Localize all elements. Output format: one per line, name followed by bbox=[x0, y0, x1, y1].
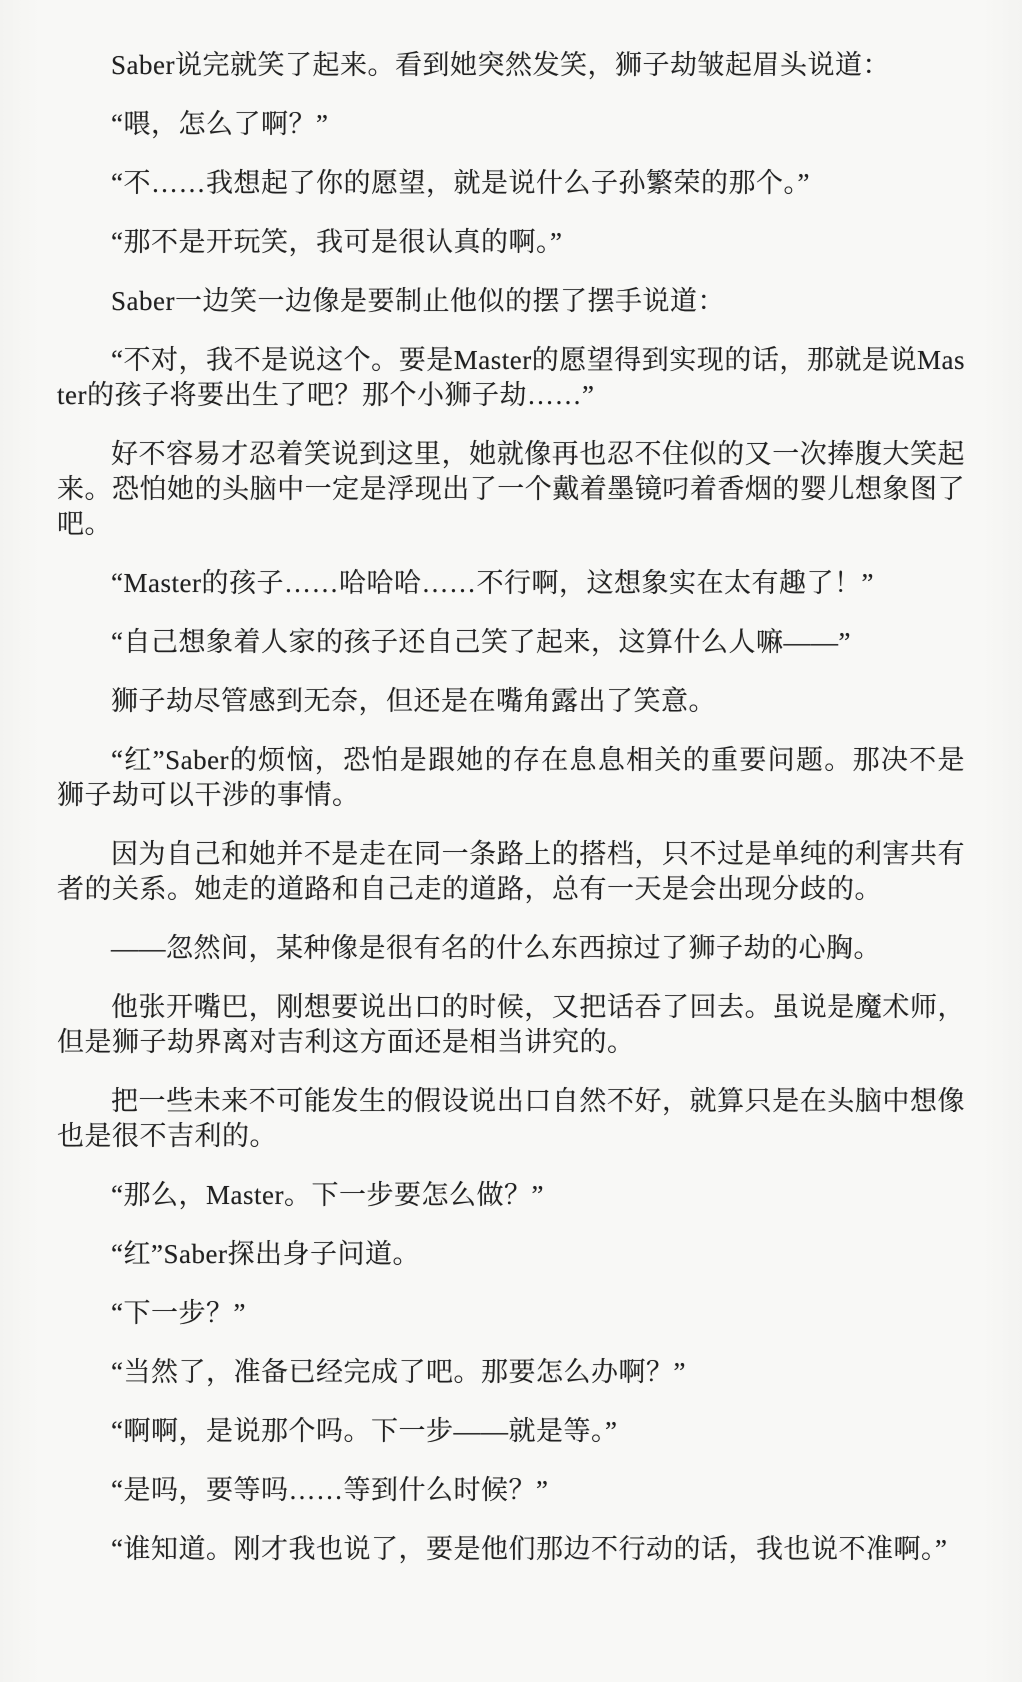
paragraph-narration: Saber说完就笑了起来。看到她突然发笑，狮子劫皱起眉头说道： bbox=[57, 48, 965, 83]
paragraph-narration: “红”Saber的烦恼，恐怕是跟她的存在息息相关的重要问题。那决不是狮子劫可以干… bbox=[57, 743, 965, 813]
paragraph-dialogue: “谁知道。刚才我也说了，要是他们那边不行动的话，我也说不准啊。” bbox=[57, 1532, 965, 1567]
paragraph-dialogue: “那么，Master。下一步要怎么做？” bbox=[57, 1178, 965, 1213]
paragraph-dialogue: “自己想象着人家的孩子还自己笑了起来，这算什么人嘛——” bbox=[57, 625, 965, 660]
paragraph-dialogue: “是吗，要等吗……等到什么时候？” bbox=[57, 1473, 965, 1508]
paragraph-dialogue: “不对，我不是说这个。要是Master的愿望得到实现的话，那就是说Master的… bbox=[57, 343, 965, 413]
paragraph-dialogue: “不……我想起了你的愿望，就是说什么子孙繁荣的那个。” bbox=[57, 166, 965, 201]
paragraph-narration: Saber一边笑一边像是要制止他似的摆了摆手说道： bbox=[57, 284, 965, 319]
paragraph-narration: 把一些未来不可能发生的假设说出口自然不好，就算只是在头脑中想像也是很不吉利的。 bbox=[57, 1084, 965, 1154]
paragraph-narration: 狮子劫尽管感到无奈，但还是在嘴角露出了笑意。 bbox=[57, 684, 965, 719]
novel-page: Saber说完就笑了起来。看到她突然发笑，狮子劫皱起眉头说道： “喂，怎么了啊？… bbox=[0, 0, 1022, 1682]
paragraph-dialogue: “Master的孩子……哈哈哈……不行啊，这想象实在太有趣了！” bbox=[57, 566, 965, 601]
paragraph-dialogue: “喂，怎么了啊？” bbox=[57, 107, 965, 142]
paragraph-narration: “红”Saber探出身子问道。 bbox=[57, 1237, 965, 1272]
paragraph-narration: 好不容易才忍着笑说到这里，她就像再也忍不住似的又一次捧腹大笑起来。恐怕她的头脑中… bbox=[57, 437, 965, 542]
paragraph-dialogue: “啊啊，是说那个吗。下一步——就是等。” bbox=[57, 1414, 965, 1449]
paragraph-dialogue: “下一步？” bbox=[57, 1296, 965, 1331]
paragraph-narration: ——忽然间，某种像是很有名的什么东西掠过了狮子劫的心胸。 bbox=[57, 931, 965, 966]
paragraph-dialogue: “那不是开玩笑，我可是很认真的啊。” bbox=[57, 225, 965, 260]
paragraph-narration: 他张开嘴巴，刚想要说出口的时候，又把话吞了回去。虽说是魔术师，但是狮子劫界离对吉… bbox=[57, 990, 965, 1060]
paragraph-dialogue: “当然了，准备已经完成了吧。那要怎么办啊？” bbox=[57, 1355, 965, 1390]
paragraph-narration: 因为自己和她并不是走在同一条路上的搭档，只不过是单纯的利害共有者的关系。她走的道… bbox=[57, 837, 965, 907]
